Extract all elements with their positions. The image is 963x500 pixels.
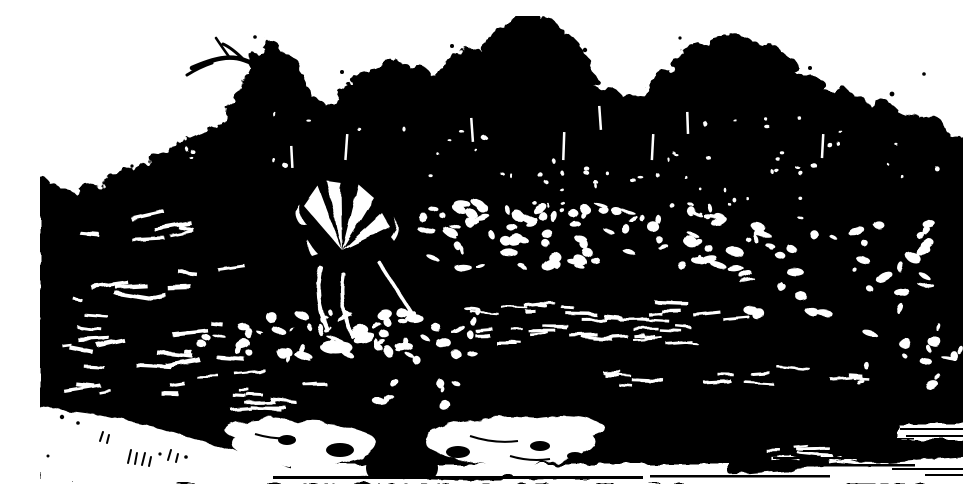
canopy-speckle [657,174,660,179]
pool-highlight [515,416,605,440]
canopy-speckle [537,172,543,177]
canopy-speckle [798,216,803,219]
leaf-speck [678,36,681,39]
canopy-speckle [509,172,511,177]
canopy-speckle [638,176,644,179]
canopy-speckle [562,172,566,177]
canopy-speckle [459,130,464,133]
water-line [773,457,913,459]
water-line [906,435,963,437]
canopy-speckle [548,204,550,209]
canopy-speckle [145,117,148,119]
canopy-speckle [719,215,722,220]
canopy-speckle [667,158,669,162]
canopy-speckle [130,114,132,117]
canopy-speckle [934,166,939,171]
light-streak [303,383,326,386]
light-streak [238,388,249,391]
leaf-speck [340,70,344,74]
leaf-speck [583,48,587,52]
canopy-speckle [797,170,802,175]
pebble [446,446,470,458]
canopy-speckle [448,140,452,142]
foliage-hole [293,320,300,327]
grass-dot [184,455,188,459]
canopy-speckle [699,188,702,191]
light-streak [562,306,574,310]
canopy-speckle [185,147,188,152]
canopy-leaf-clump [452,58,482,88]
canopy-leaf-clump [499,36,527,64]
leaf-speck [54,186,58,190]
canopy-speckle [475,150,478,153]
canopy-leaf-clump [882,105,898,121]
clearing-dapple [238,323,249,330]
canopy-speckle [776,157,781,160]
light-streak [582,318,606,321]
corner-speck [47,455,50,458]
water-line [803,450,913,452]
leaf-speck [890,92,895,97]
light-streak [661,309,681,313]
canopy-speckle [838,131,843,133]
corner-speck [60,415,64,419]
foliage-hole [292,328,300,335]
canopy-speckle [765,118,768,121]
canopy-speckle [607,173,610,177]
canopy-speckle [745,196,748,199]
canopy-speckle [930,112,933,114]
canopy-speckle [171,140,174,145]
canopy-speckle [668,202,673,206]
canopy-speckle [429,174,433,177]
canopy-speckle [559,187,563,190]
canopy-speckle [812,164,818,169]
light-streak [525,309,535,313]
canopy-speckle [532,201,537,205]
canopy-speckle [729,204,732,207]
clearing-dapple [454,264,472,271]
canopy-speckle [764,125,770,129]
canopy-speckle [837,141,840,146]
light-streak [511,328,523,331]
pebble [567,452,583,460]
water-line [650,475,830,478]
foliage-hole [254,315,261,321]
canopy-speckle [733,119,737,121]
canopy-speckle [672,152,675,155]
light-streak [633,327,659,330]
leaf-speck [130,164,133,167]
canopy-speckle [901,175,904,179]
canopy-speckle [201,119,206,123]
canopy-leaf-clump [842,94,868,120]
engraving-illustration: Black-and-white woodcut engraving of a l… [40,16,963,484]
water-line [862,438,914,440]
water-line [892,468,963,470]
leaf-speck [450,44,454,48]
clearing-dapple [429,207,439,212]
canopy-speckle [685,176,687,180]
water-line [273,476,643,479]
canopy-speckle [795,165,800,168]
leaf-speck [253,35,257,39]
canopy-speckle [774,169,779,172]
canopy-speckle [273,112,276,117]
light-streak [196,375,219,378]
canopy-speckle [595,183,597,188]
canopy-speckle [593,181,598,185]
bank-hatch [167,285,191,290]
canopy-speckle [826,141,831,146]
canopy-speckle [559,208,564,212]
foliage-hole [260,326,267,332]
canopy-speckle [306,120,311,122]
pebble [530,441,550,451]
water-line [740,464,915,467]
ground-glare [320,340,352,354]
canopy-speckle [358,129,362,132]
canopy-speckle [561,202,566,205]
canopy-speckle [734,199,738,204]
canopy-speckle [631,179,637,184]
foliage-hole [261,333,266,338]
canopy-speckle [190,157,194,160]
pebble [326,443,354,457]
canopy-speckle [780,152,784,155]
light-streak [244,400,275,403]
water-glint [766,449,781,452]
light-streak [542,324,568,326]
canopy-speckle [584,167,589,171]
canopy-speckle [129,151,134,154]
canopy-speckle [272,158,275,163]
light-streak [718,373,734,376]
light-streak [566,312,596,316]
canopy-speckle [887,163,889,166]
canopy-speckle [702,120,707,125]
canopy-speckle [436,152,438,155]
canopy-speckle [481,135,487,140]
canopy-speckle [544,180,548,183]
pebble [278,435,296,445]
leaf-speck [922,72,926,76]
water-line [925,474,963,476]
pool-highlight [898,424,963,440]
canopy-speckle [283,164,288,169]
canopy-speckle [704,214,707,218]
grass-dot [158,452,161,455]
canopy-leaf-clump [414,91,440,117]
canopy-leaf-clump [879,121,898,140]
canopy-speckle [190,150,195,154]
canopy-speckle [706,156,711,160]
water-line [900,428,963,430]
light-streak [635,378,648,382]
light-streak [604,374,619,378]
canopy-speckle [723,187,726,192]
canopy-speckle [895,143,898,145]
water-glint [796,447,829,450]
water-line [832,444,912,446]
canopy-speckle [771,170,774,175]
canopy-speckle [553,212,556,215]
light-streak [475,334,490,337]
corner-speck [76,421,80,425]
canopy-speckle [583,211,587,215]
leaf-speck [808,66,812,70]
canopy-speckle [798,116,801,120]
canopy-speckle [402,127,405,132]
bank-hatch [162,392,179,397]
engraving-canvas: Black-and-white woodcut engraving of a l… [40,16,963,484]
canopy-speckle [798,196,802,199]
clearing-dapple [874,221,885,229]
canopy-speckle [552,158,555,163]
canopy-speckle [500,173,504,176]
light-streak [643,335,656,339]
foliage-hole [272,323,279,327]
canopy-speckle [185,137,188,141]
canopy-speckle [698,212,702,217]
canopy-speckle [584,171,589,175]
canopy-speckle [110,150,115,154]
